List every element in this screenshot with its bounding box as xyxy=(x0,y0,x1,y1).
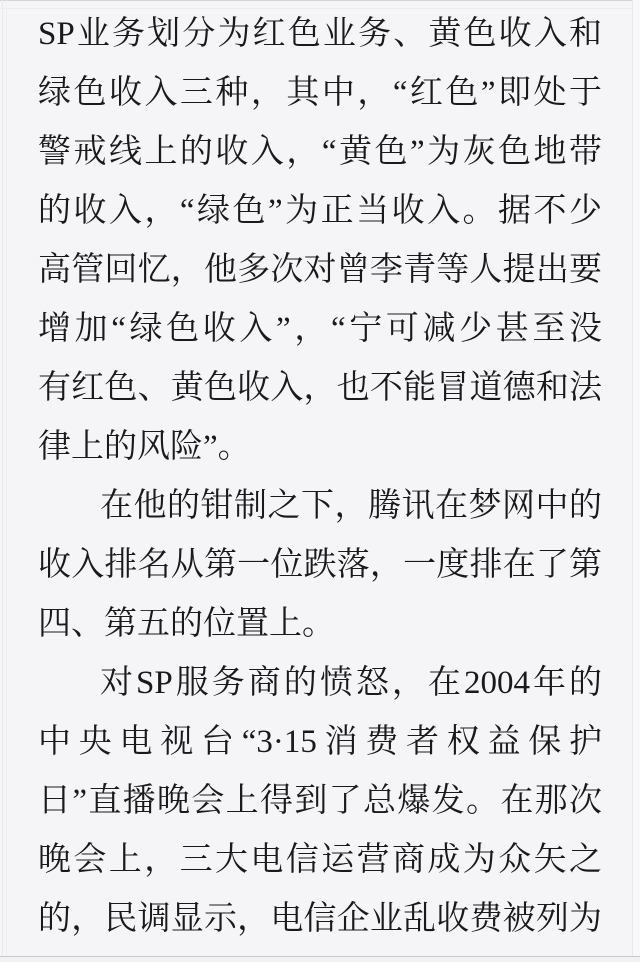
page-edge-right xyxy=(632,0,633,962)
text-line: 有红色、黄色收入，也不能冒道德和法 xyxy=(38,359,602,418)
page-edge-right-strip xyxy=(633,0,640,962)
text-line: 的收入，“绿色”为正当收入。据不少 xyxy=(38,182,602,241)
page-edge-top xyxy=(0,0,640,1)
text-line: 收入排名从第一位跌落，一度排在了第 xyxy=(38,536,602,595)
text-line: 绿色收入三种，其中，“红色”即处于 xyxy=(38,64,602,123)
page-edge-left-faint xyxy=(6,0,7,962)
text-line: 四、第五的位置上。 xyxy=(38,595,602,654)
reader-page[interactable]: SP业务划分为红色业务、黄色收入和绿色收入三种，其中，“红色”即处于警戒线上的收… xyxy=(0,0,640,962)
text-line: 的，民调显示，电信企业乱收费被列为 xyxy=(38,890,602,949)
page-edge-left xyxy=(2,0,3,962)
text-line: 律上的风险”。 xyxy=(38,418,602,477)
text-line: 警戒线上的收入，“黄色”为灰色地带 xyxy=(38,123,602,182)
text-line: 在他的钳制之下，腾讯在梦网中的 xyxy=(38,477,602,536)
text-line: 晚会上，三大电信运营商成为众矢之 xyxy=(38,831,602,890)
text-line: 日”直播晚会上得到了总爆发。在那次 xyxy=(38,772,602,831)
text-line: 增加“绿色收入”，“宁可减少甚至没 xyxy=(38,300,602,359)
page-edge-bottom-strip xyxy=(0,957,640,962)
text-line: 中央电视台“3·15消费者权益保护 xyxy=(38,713,602,772)
text-line: 高管回忆，他多次对曾李青等人提出要 xyxy=(38,241,602,300)
page-edge-bottom xyxy=(0,956,640,957)
page-text-block: SP业务划分为红色业务、黄色收入和绿色收入三种，其中，“红色”即处于警戒线上的收… xyxy=(38,5,602,949)
text-line: SP业务划分为红色业务、黄色收入和 xyxy=(38,5,602,64)
text-line: 对SP服务商的愤怒，在2004年的 xyxy=(38,654,602,713)
